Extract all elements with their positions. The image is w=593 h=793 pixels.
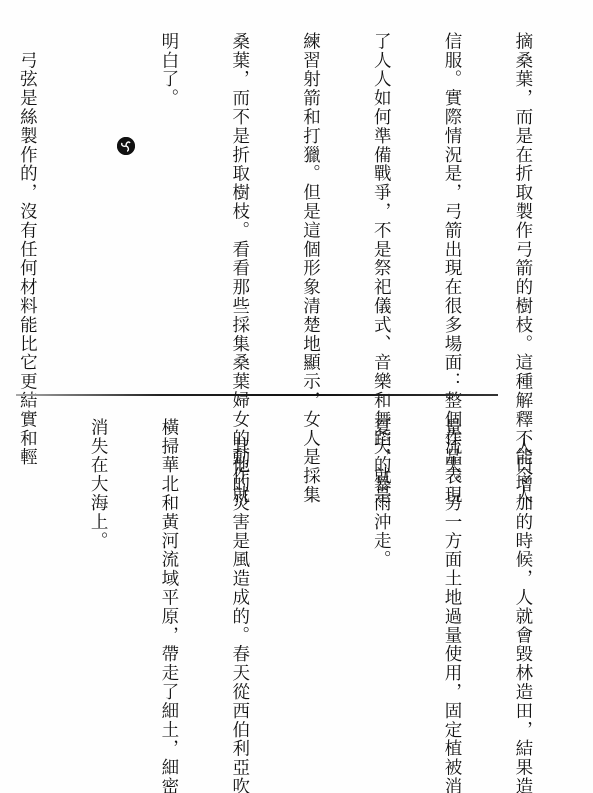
text-column: 信服。實際情況是，弓箭出現在很多場面：整個作品表現: [439, 32, 463, 384]
text-column: 練習射箭和打獵。但是這個形象清楚地顯示，女人是採集: [298, 32, 322, 384]
section-divider-line: [16, 394, 498, 396]
text-column: 摘桑葉，而是在折取製作弓箭的樹枝。這種解釋不能令人: [510, 32, 534, 384]
triskelion-swirl-icon: [117, 137, 135, 155]
text-column: 其他的災害是風造成的。春天從西伯利亞吹來的風暴: [227, 418, 251, 780]
bottom-text-block: 人口增加的時候，人就會毀林造田，結果造成水土大 量流失。另一方面土地過量使用，固…: [5, 418, 581, 780]
text-column: 桑葉，而不是折取樹枝。看看那些採集桑葉婦女的動作就: [227, 32, 251, 384]
book-page: 摘桑葉，而是在折取製作弓箭的樹枝。這種解釋不能令人 信服。實際情況是，弓箭出現在…: [0, 0, 593, 793]
text-column: 橫掃華北和黃河流域平原，帶走了細土，細密黃色的沙暴: [156, 418, 180, 780]
text-column: 量流失。另一方面土地過量使用，固定植被消失，表土被: [439, 418, 463, 780]
text-column: 夏天的暴雨沖走。: [369, 418, 393, 780]
text-column: 消失在大海上。: [86, 418, 110, 780]
top-text-block: 摘桑葉，而是在折取製作弓箭的樹枝。這種解釋不能令人 信服。實際情況是，弓箭出現在…: [5, 32, 581, 384]
paragraph-gap: [15, 418, 39, 780]
text-column: 弓弦是絲製作的，沒有任何材料能比它更結實和輕: [15, 32, 39, 384]
text-column: 了人人如何準備戰爭，不是祭祀儀式、音樂和舞蹈，就是: [369, 32, 393, 384]
paragraph-gap: [298, 418, 322, 780]
paragraph-gap: [86, 32, 110, 384]
text-column: 人口增加的時候，人就會毀林造田，結果造成水土大: [510, 418, 534, 780]
text-column: 明白了。: [156, 32, 180, 384]
